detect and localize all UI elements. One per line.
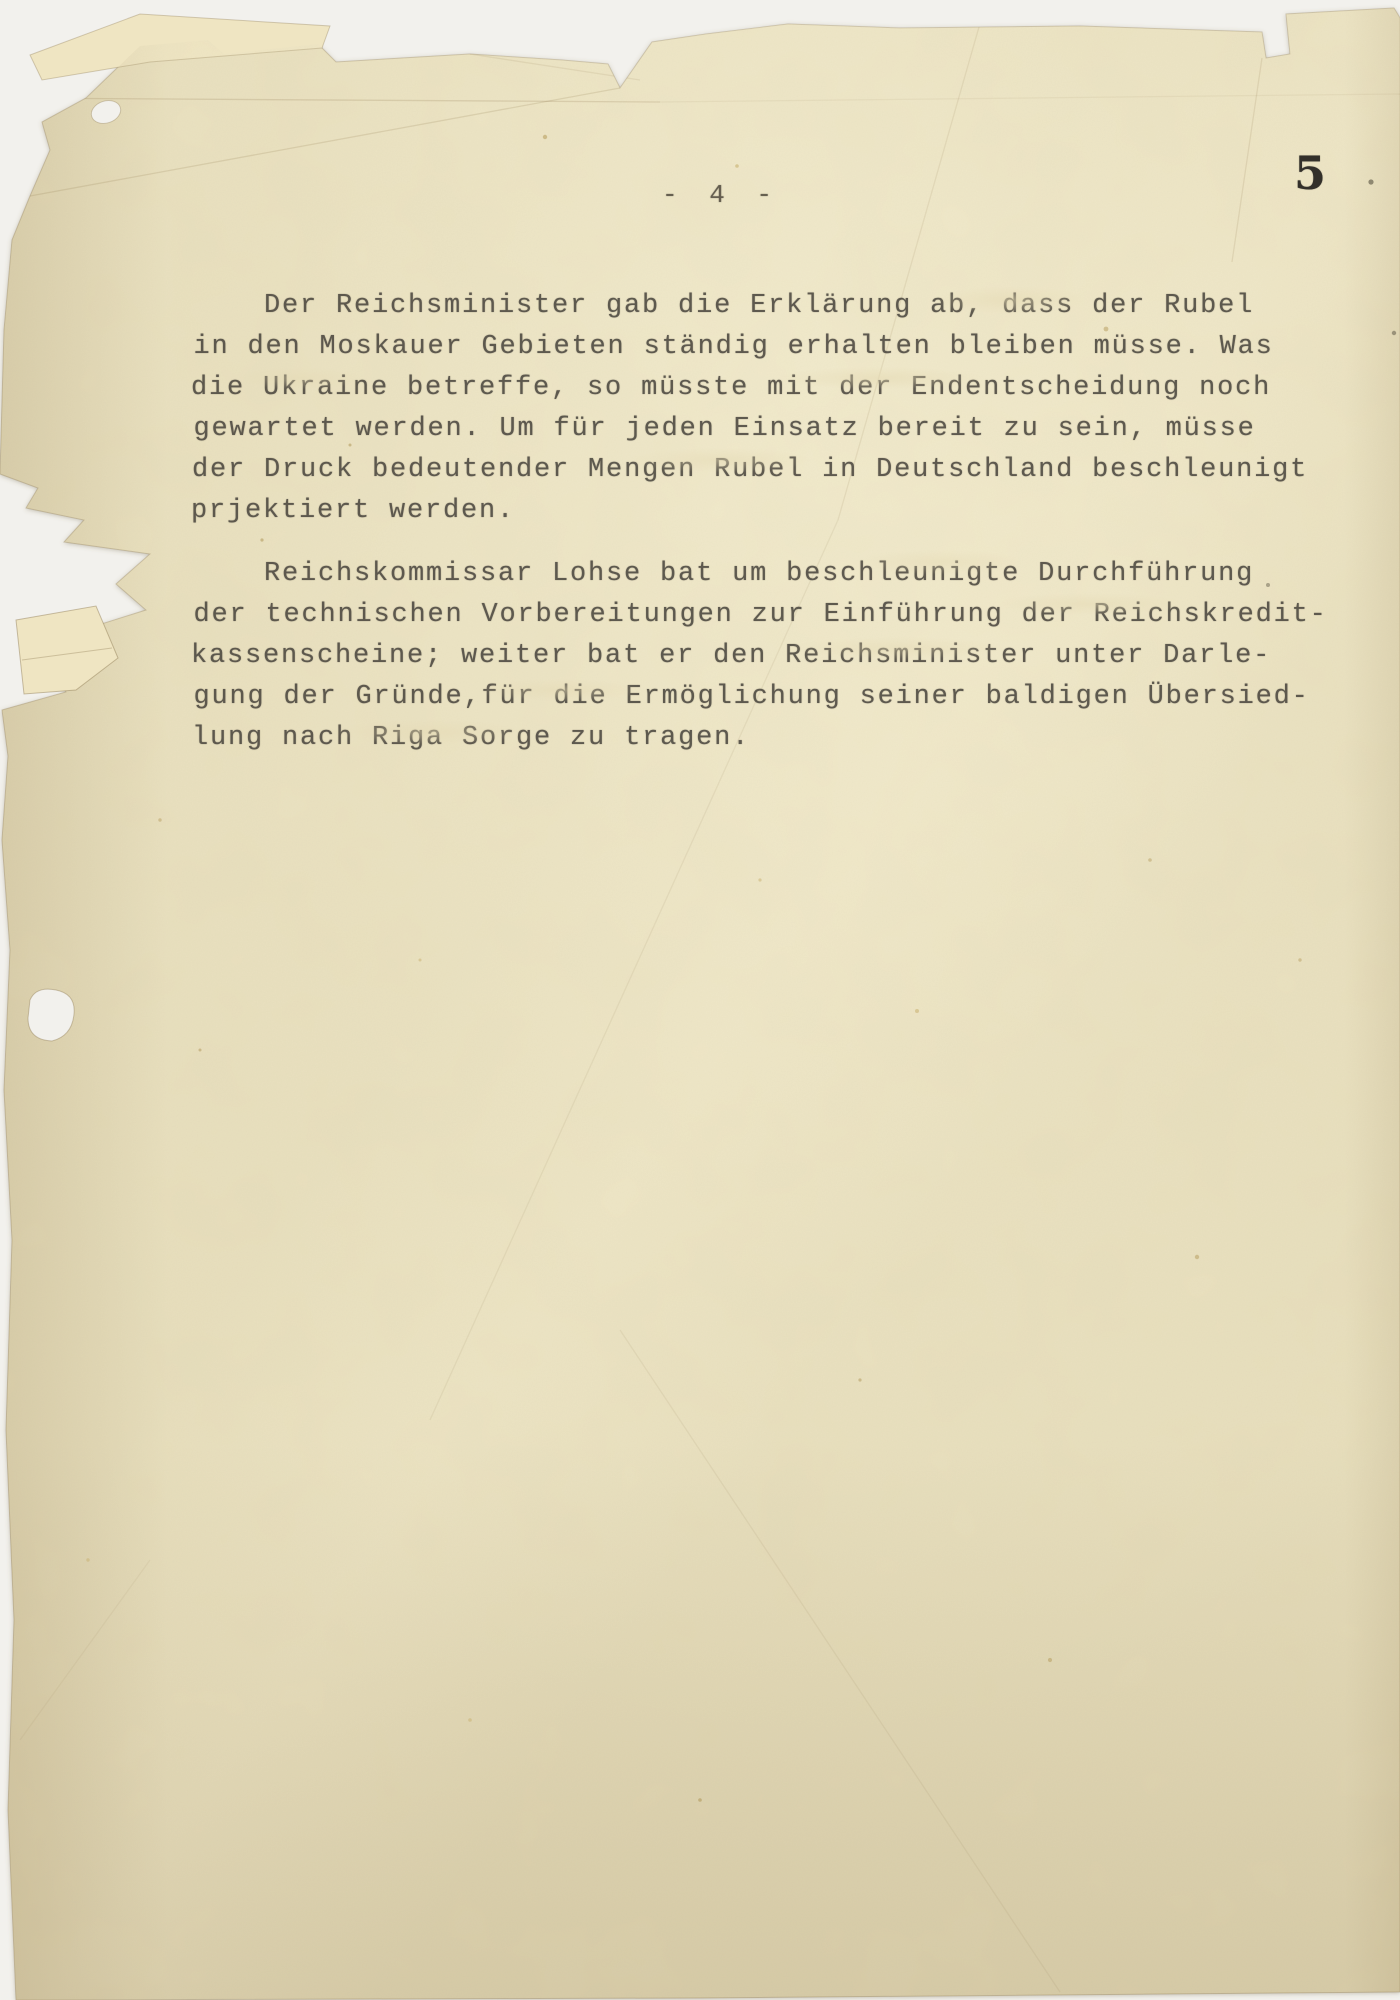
- paragraph-2: Reichskommissar Lohse bat um beschleunig…: [192, 554, 1352, 759]
- text-line: Der Reichsminister gab die Erklärung ab,…: [192, 286, 1352, 327]
- text-line: kassenscheine; weiter bat er den Reichsm…: [191, 636, 1351, 677]
- typewritten-text: Der Reichsminister gab die Erklärung ab,…: [192, 286, 1352, 759]
- text-line: prjektiert werden.: [191, 491, 1351, 532]
- text-line: gewartet werden. Um für jeden Einsatz be…: [194, 409, 1354, 450]
- text-line: die Ukraine betreffe, so müsste mit der …: [191, 368, 1351, 409]
- text-line: der Druck bedeutender Mengen Rubel in De…: [192, 450, 1352, 491]
- paragraph-1: Der Reichsminister gab die Erklärung ab,…: [192, 286, 1352, 532]
- text-line: der technischen Vorbereitungen zur Einfü…: [194, 595, 1354, 636]
- scanned-document: - 4 - 5 Der Reichsminister gab die Erklä…: [0, 0, 1400, 2000]
- text-line: lung nach Riga Sorge zu tragen.: [192, 718, 1352, 759]
- page-number-center: - 4 -: [646, 180, 796, 214]
- page-number-corner: 5: [1294, 146, 1354, 206]
- text-line: in den Moskauer Gebieten ständig erhalte…: [194, 327, 1354, 368]
- text-line: gung der Gründe,für die Ermöglichung sei…: [194, 677, 1354, 718]
- text-line: Reichskommissar Lohse bat um beschleunig…: [192, 554, 1352, 595]
